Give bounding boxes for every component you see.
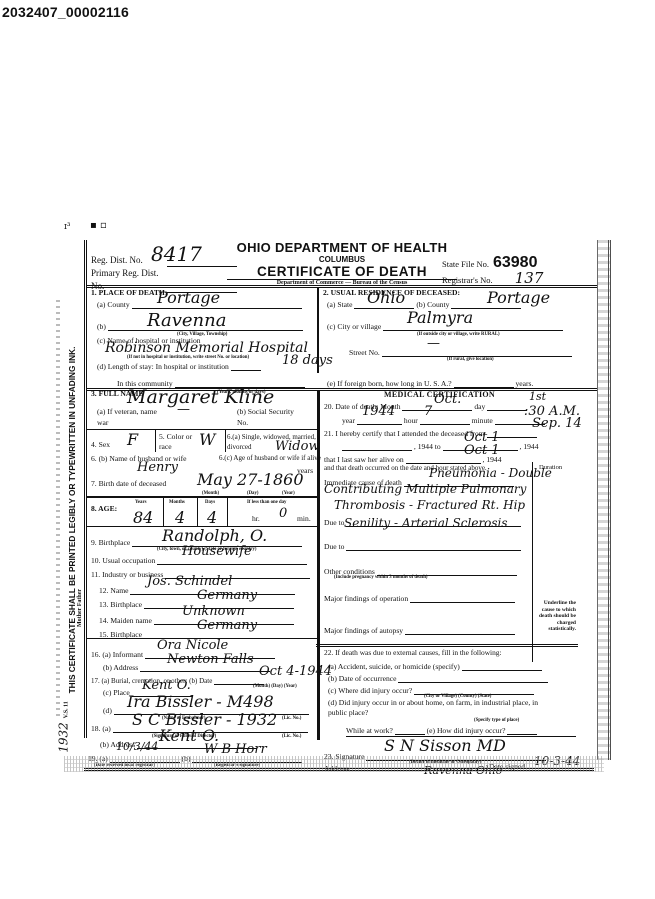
due-to-2-field: Due to (324, 540, 521, 551)
corner-mark: ɪ³ (64, 222, 71, 232)
underline-note: Underline the cause to which death shoul… (536, 600, 576, 633)
last-saw-value: Oct 1 (464, 443, 500, 458)
margin-handwritten-note: 1932 V.S. 11 (57, 701, 71, 752)
duration-column-divider (532, 462, 533, 662)
injury-home-sublabel: (Specify type of place) (474, 718, 519, 723)
certificate-lower: (b) Address Kent O. 19. (a) (b) 10/3/44 … (84, 240, 594, 760)
corner-mark-dots: ▪ ▫ (90, 220, 107, 231)
scan-noise-band (64, 756, 604, 772)
cause-line-3: Thrombosis - Fractured Rt. Hip (334, 498, 525, 512)
death-hour-value: 7 (424, 404, 432, 419)
death-year-value: 1944 (362, 404, 395, 419)
registrar-signature-value: W B Horr (204, 742, 267, 757)
margin-perforation (56, 300, 60, 720)
work-field: While at work? (e) How did injury occur? (346, 724, 537, 735)
other-conditions-sublabel: (Include pregnancy within 3 months of de… (334, 575, 427, 580)
injury-home-field: (d) Did injury occur in or about home, o… (328, 698, 558, 718)
due-to-value: Senility - Arterial Sclerosis (344, 516, 508, 530)
accident-field: (a) Accident, suicide, or homicide (spec… (328, 660, 542, 671)
margin-strip: THIS CERTIFICATE SHALL BE PRINTED LEGIBL… (52, 300, 74, 760)
attend-field: 21. I hereby certify that I attended the… (324, 427, 537, 438)
margin-instruction: THIS CERTIFICATE SHALL BE PRINTED LEGIBL… (67, 340, 77, 700)
received-value: 10/3/44 (116, 740, 158, 753)
death-day-value: 1st (529, 390, 546, 403)
attend-range-field: , 1944 to , 1944 (342, 440, 539, 451)
section-divider (316, 644, 578, 647)
parents-bracket-label: Mother Father (77, 589, 83, 627)
occurrence-date-field: (b) Date of occurrence (328, 672, 548, 683)
attend-from-value: Sep. 14 (532, 416, 582, 431)
cause-line-2: Contributing Multiple Pulmonary (324, 482, 526, 496)
right-border (597, 240, 611, 760)
cause-value: Pneumonia - Double (429, 466, 552, 480)
death-month-value: Oct. (434, 392, 461, 407)
document-id: 2032407_00002116 (2, 4, 129, 20)
external-causes-heading: 22. If death was due to external causes,… (324, 648, 502, 657)
autopsy-field: Major findings of autopsy (324, 624, 515, 635)
signature-value: S N Sisson MD (384, 736, 506, 755)
operation-field: Major findings of operation (324, 592, 515, 603)
